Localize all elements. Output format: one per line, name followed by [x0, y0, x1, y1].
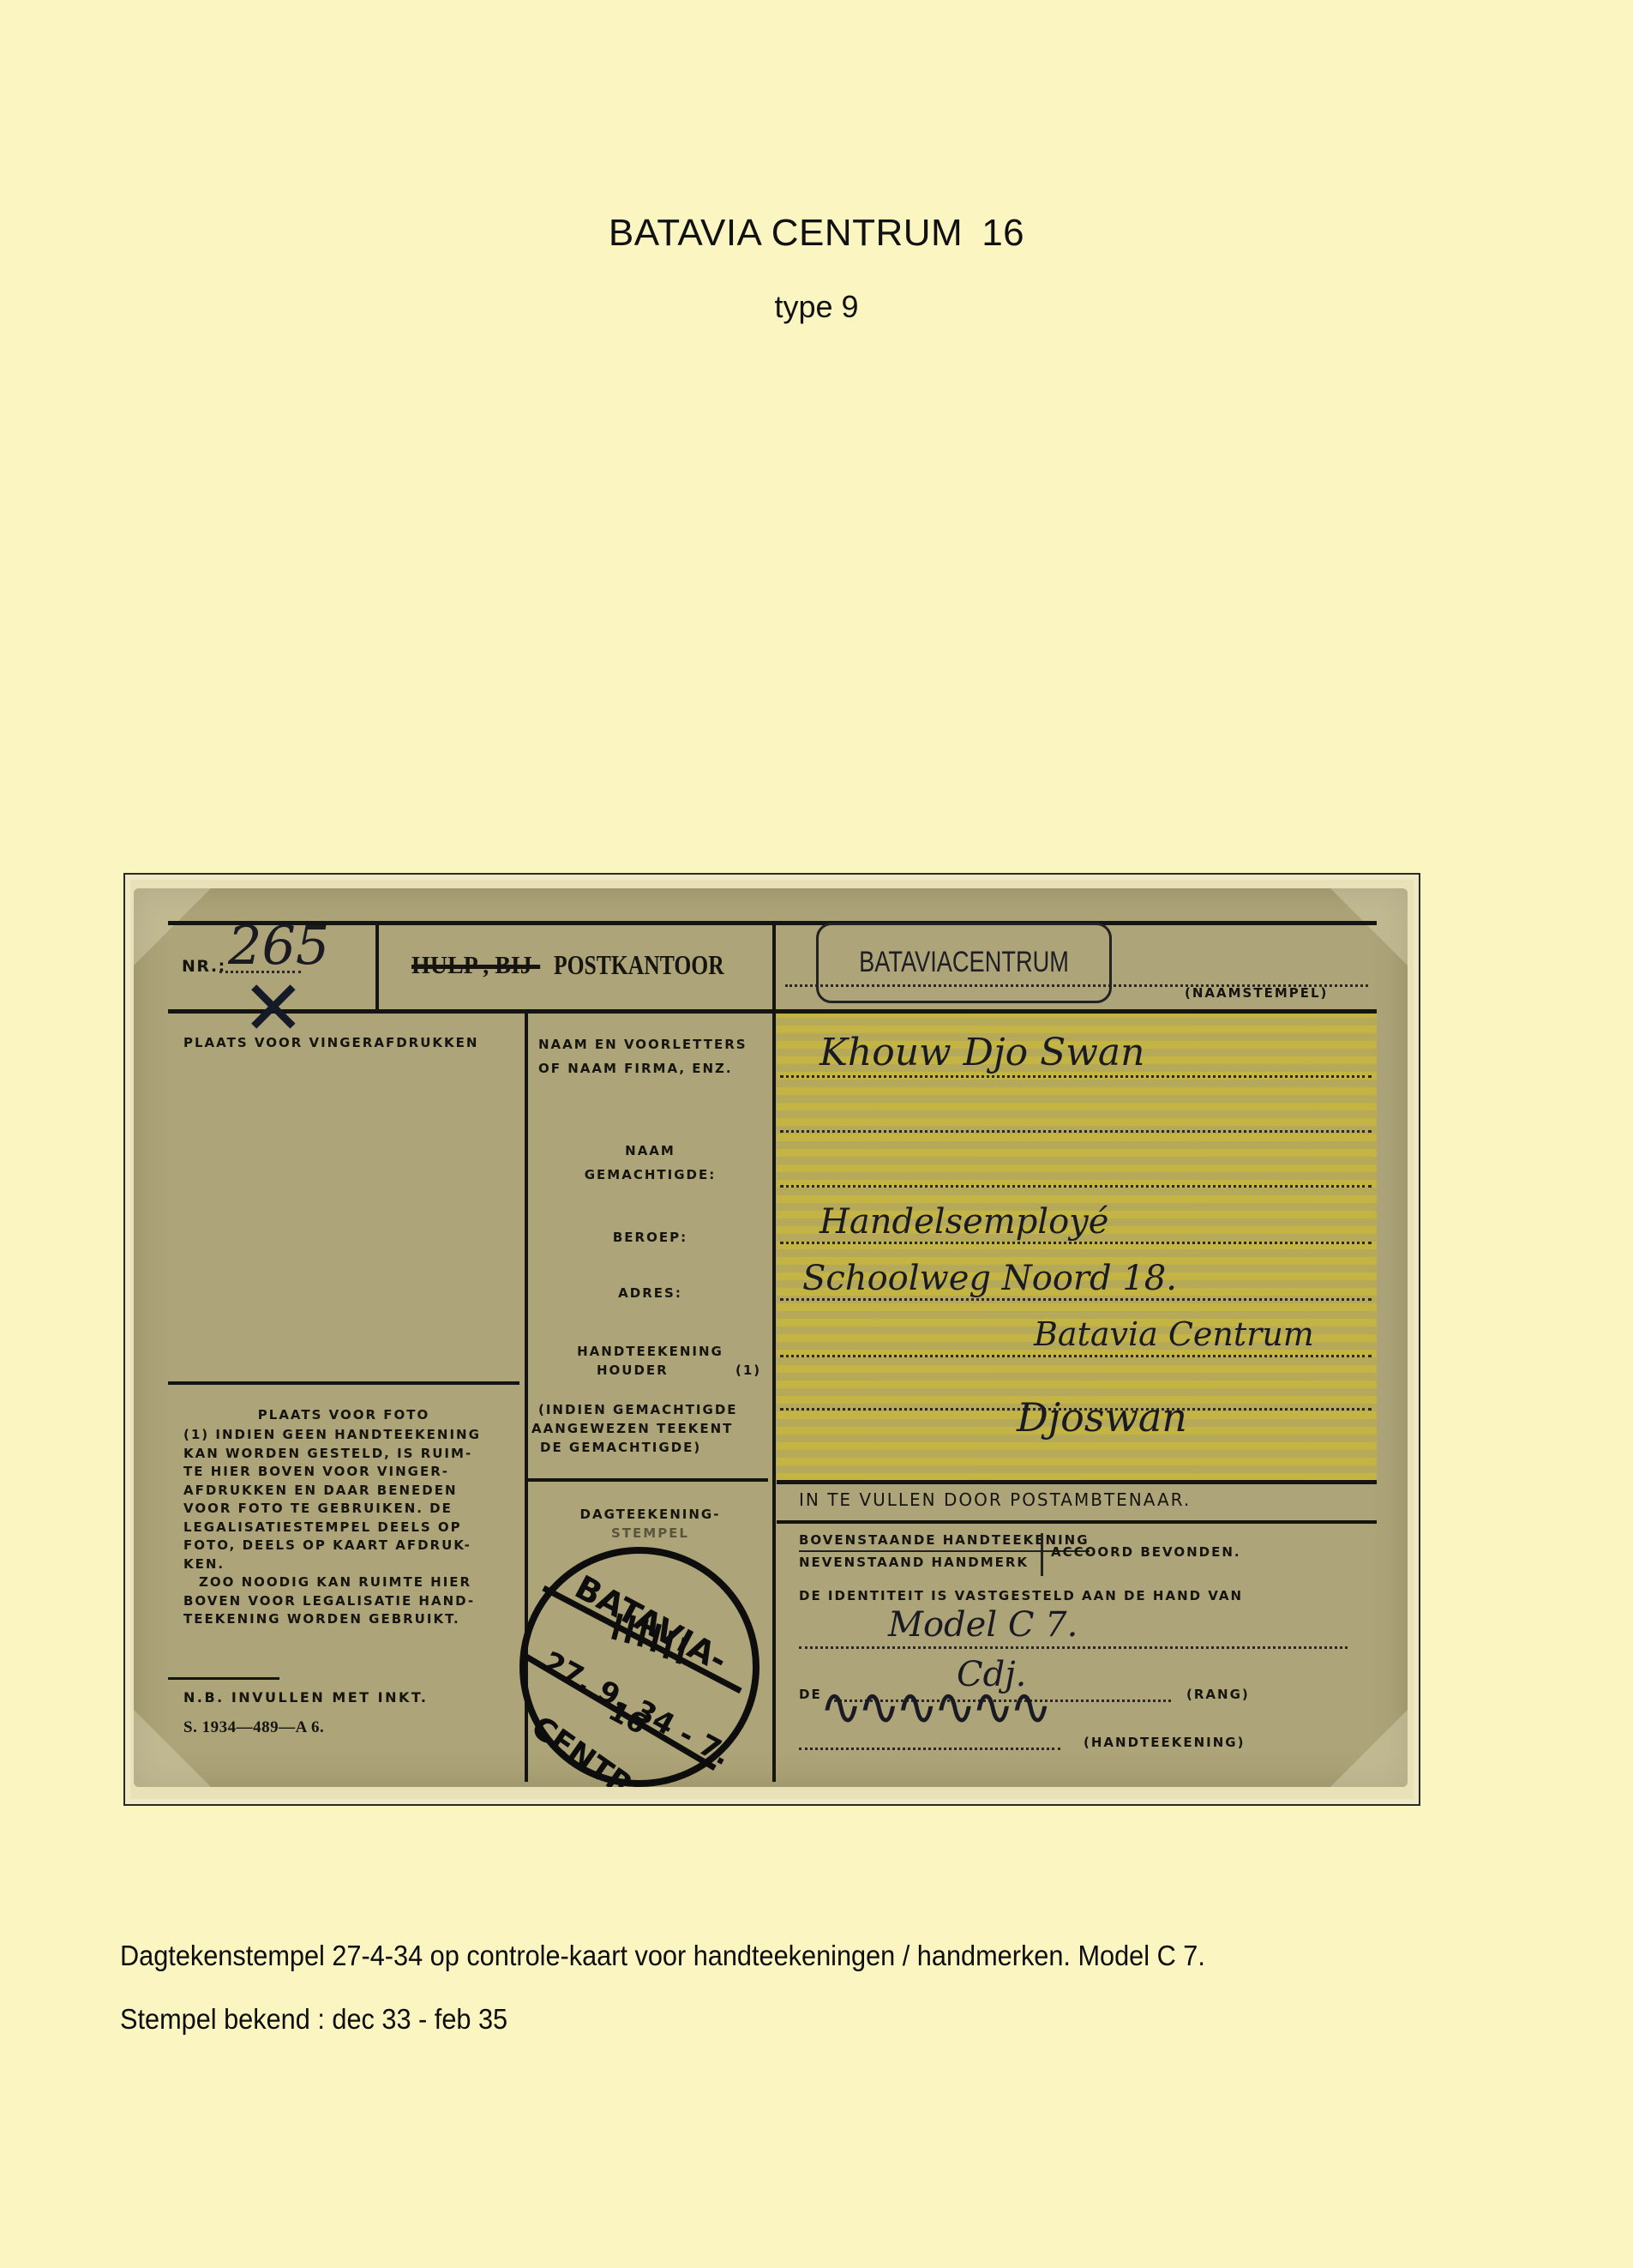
proxy-line — [780, 1185, 1372, 1188]
rank-label: (RANG) — [1186, 1686, 1250, 1705]
name-stamp-text: BATAVIACENTRUM — [848, 946, 1080, 979]
fingerprint-label: PLAATS VOOR VINGERAFDRUKKEN — [183, 1034, 478, 1053]
rule-fingerprint-bottom — [168, 1381, 519, 1385]
photo-note-line: ZOO NOODIG KAN RUIMTE HIER — [183, 1573, 518, 1592]
rule-official-top — [777, 1480, 1377, 1484]
official-signature-line — [799, 1748, 1060, 1750]
name-label: NAAM EN VOORLETTERS — [538, 1036, 747, 1055]
name-stamp-box: BATAVIACENTRUM — [816, 923, 1112, 1003]
official-signature-label: (HANDTEEKENING) — [1084, 1734, 1245, 1753]
accord-label: ACCOORD BEVONDEN. — [1051, 1543, 1241, 1562]
photo-note-line: (1) INDIEN GEEN HANDTEEKENING — [183, 1426, 518, 1445]
proxy-note-line: DE GEMACHTIGDE) — [540, 1439, 701, 1458]
photo-note-line: VOOR FOTO TE GEBRUIKEN. DE — [183, 1500, 518, 1519]
de-label: DE — [799, 1686, 822, 1705]
option-bracket — [1041, 1533, 1043, 1576]
holder-signature-label: HANDTEEKENING — [528, 1343, 772, 1362]
handwritten-name: Khouw Djo Swan — [820, 1031, 1144, 1074]
mount-corner — [134, 888, 211, 966]
caption-known-period: Stempel bekend : dec 33 - feb 35 — [120, 2003, 507, 2036]
name-line-2 — [780, 1130, 1372, 1133]
handwritten-official-signature: ∿∿∿∿∿∿ — [820, 1677, 1048, 1737]
form-code: S. 1934—489—A 6. — [183, 1718, 324, 1737]
identity-line: DE IDENTITEIT IS VASTGESTELD AAN DE HAND… — [799, 1587, 1243, 1606]
date-postmark: BATAVIA- 27. 9. 34 - 7. 16 CENTRUM — [519, 1547, 759, 1787]
page-title-text: BATAVIA CENTRUM — [609, 212, 963, 254]
handwritten-occupation: Handelsemployé — [820, 1202, 1108, 1242]
photo-note-line: FOTO, DEELS OP KAART AFDRUK- — [183, 1537, 518, 1555]
photo-note-line: TE HIER BOVEN VOOR VINGER- — [183, 1463, 518, 1482]
date-stamp-label: DAGTEEKENING- — [528, 1506, 772, 1525]
rule-nb — [168, 1677, 279, 1680]
handwritten-address: Schoolweg Noord 18. — [802, 1259, 1177, 1298]
rule-official-heading-bottom — [777, 1520, 1377, 1524]
proxy-note-line: AANGEWEZEN TEEKENT — [531, 1420, 733, 1439]
handwritten-identity-document: Model C 7. — [888, 1605, 1078, 1645]
photo-note-line: LEGALISATIESTEMPEL DEELS OP — [183, 1519, 518, 1537]
proxy-name-label-2: GEMACHTIGDE: — [528, 1166, 772, 1185]
office-label: POSTKANTOOR — [554, 955, 724, 974]
mount-corner — [1330, 888, 1408, 966]
holder-signature-ref: (1) — [735, 1362, 761, 1381]
rule-nr-divider — [375, 924, 379, 1010]
mount-corner — [1330, 1710, 1408, 1787]
handwritten-holder-signature: Djoswan — [1017, 1394, 1187, 1441]
photo-note-line: KAN WORDEN GESTELD, IS RUIM- — [183, 1445, 518, 1464]
page-title: BATAVIA CENTRUM16 — [0, 212, 1633, 255]
nb-ink-note: N.B. INVULLEN MET INKT. — [183, 1688, 428, 1707]
page-subtitle: type 9 — [0, 289, 1633, 325]
caption-date-stamp: Dagtekenstempel 27-4-34 op controle-kaar… — [120, 1940, 1205, 1972]
proxy-note-line: (INDIEN GEMACHTIGDE — [538, 1401, 738, 1420]
occupation-label: BEROEP: — [528, 1229, 772, 1248]
rule-main-divider — [772, 924, 776, 1782]
photo-note-line: TEEKENING WORDEN GEBRUIKT. — [183, 1610, 518, 1629]
photo-note-line: KEN. — [183, 1555, 518, 1574]
name-line — [780, 1075, 1372, 1078]
option-signature: BOVENSTAANDE HANDTEEKENING — [799, 1531, 1090, 1552]
photo-note-line: AFDRUKKEN EN DAAR BENEDEN — [183, 1482, 518, 1501]
rule-middle-bottom — [528, 1478, 768, 1482]
photo-note: (1) INDIEN GEEN HANDTEEKENING KAN WORDEN… — [183, 1426, 518, 1629]
date-stamp-label-2: STEMPEL — [528, 1525, 772, 1543]
occupation-line — [780, 1242, 1372, 1244]
holder-signature-label-2: HOUDER — [597, 1362, 669, 1381]
address-line-2 — [780, 1355, 1372, 1357]
handwritten-city: Batavia Centrum — [1034, 1315, 1314, 1353]
option-handmark: NEVENSTAAND HANDMERK — [799, 1554, 1029, 1573]
proxy-name-label: NAAM — [528, 1142, 772, 1161]
photo-note-line: BOVEN VOOR LEGALISATIE HAND- — [183, 1592, 518, 1611]
name-stamp-caption: (NAAMSTEMPEL) — [1185, 984, 1328, 1003]
page-title-number: 16 — [982, 212, 1024, 254]
identity-document-line — [799, 1646, 1348, 1649]
name-label-2: OF NAAM FIRMA, ENZ. — [538, 1060, 733, 1079]
address-label: ADRES: — [528, 1284, 772, 1303]
official-heading: IN TE VULLEN DOOR POSTAMBTENAAR. — [799, 1490, 1191, 1509]
control-card: NR.: 265 ✕ HULP , BIJ- POSTKANTOOR BATAV… — [134, 888, 1408, 1787]
photo-title: PLAATS VOOR FOTO — [168, 1406, 519, 1425]
office-type-struck: HULP , BIJ- — [411, 957, 540, 976]
address-line — [780, 1298, 1372, 1301]
